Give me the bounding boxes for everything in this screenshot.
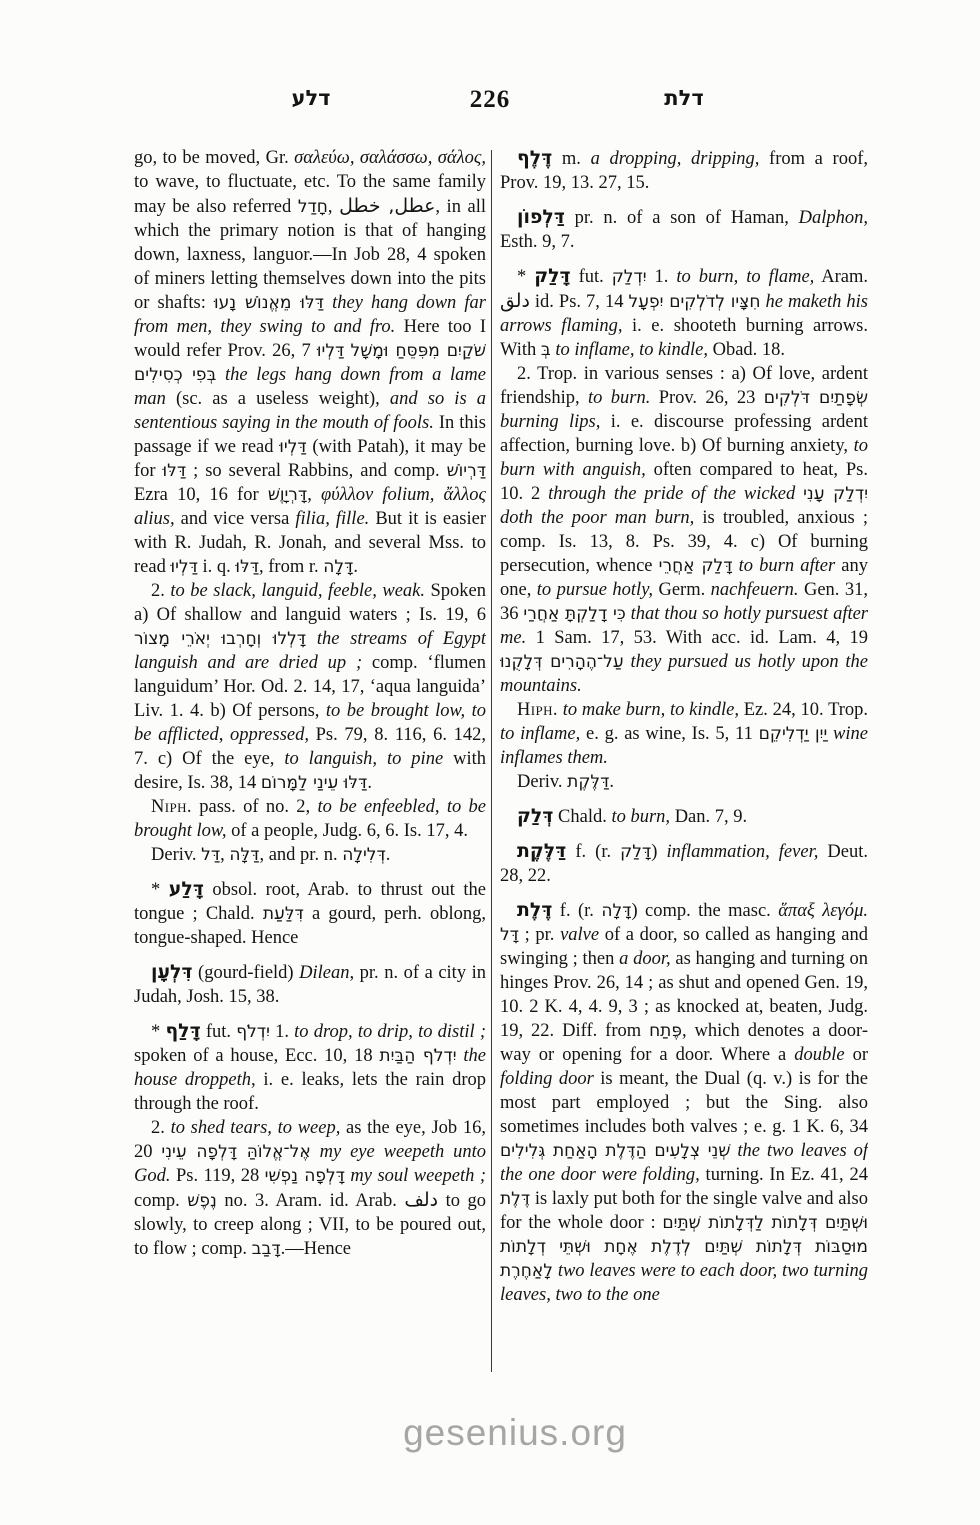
text-run: Ez. 24, 10. Trop. [739, 700, 868, 720]
hebrew-text: דַּלּוּ [163, 461, 187, 481]
hebrew-headword: דַּלְפוֹן [517, 206, 565, 228]
text-run: 1 Sam. 17, 53. With acc. id. Lam. 4, 19 [526, 628, 868, 648]
smallcaps-label: Hiph. [517, 700, 558, 720]
text-run: go, to be moved, Gr. [134, 148, 294, 168]
right-catchword-hebrew: דלת [500, 86, 868, 110]
text-run: Dan. 7, 9. [670, 807, 747, 827]
text-run: id. Ps. 7, 14 [530, 292, 629, 312]
hebrew-text: דָּלַק [620, 842, 651, 862]
hebrew-headword: דִּלְעָן [151, 961, 193, 983]
hebrew-text: פֶּתַח [649, 1021, 682, 1041]
hebrew-text: יַיִן יַדְלִיקֵם [759, 724, 828, 744]
entry-paragraph: 2. to be slack, languid, feeble, weak. S… [134, 579, 486, 795]
italic-text: to shed tears, to weep, [171, 1118, 341, 1138]
entry-paragraph: 2. to shed tears, to weep, as the eye, J… [134, 1116, 486, 1261]
hebrew-text: דָּל [500, 925, 519, 945]
entry-paragraph: Deriv. דַּל, דַּלָּה, and pr. n. דְּלִיל… [134, 843, 486, 867]
text-run: comp. [134, 1191, 187, 1211]
column-divider-rule [491, 150, 492, 1372]
hebrew-text: יִדְלַק עָנִי [803, 484, 868, 504]
text-run: Germ. [653, 580, 711, 600]
italic-text: to make burn, to kindle, [563, 700, 739, 720]
text-run: , from r. [259, 557, 323, 577]
text-run: Aram. [814, 267, 868, 287]
hebrew-text: דָּלְפָה נַפְשִׁי [265, 1166, 345, 1186]
entry-paragraph: דַּלֶּקֶת f. (r. דָּלַק) inflammation, f… [500, 839, 868, 888]
text-run: m. [552, 149, 590, 169]
hebrew-text: חִצָּיו לְדֹלְקִים יִפְעָל [628, 292, 760, 312]
text-run: Deriv. [151, 845, 201, 865]
text-run: spoken of a house, Ecc. 10, 18 [134, 1046, 379, 1066]
right-text-column: דֶּלֶף m. a dropping, dripping, from a r… [500, 146, 868, 1384]
text-run: 2. [151, 1118, 171, 1138]
entry-paragraph: דֶּלֶף m. a dropping, dripping, from a r… [500, 146, 868, 195]
text-run: (gourd-field) [193, 963, 300, 983]
text-run: Obad. 18. [708, 340, 785, 360]
hebrew-text: יִדְלֹף הַבַּיִת [379, 1046, 456, 1066]
italic-text: to burn after [739, 556, 836, 576]
italic-text: to inflame, to kindle, [555, 340, 708, 360]
text-run [311, 1142, 320, 1162]
italic-text: inflammation, fever, [666, 842, 818, 862]
text-run: 1. [270, 1022, 294, 1042]
hebrew-headword: דָּלַף [165, 1020, 200, 1042]
italic-text: a dropping, dripping, [591, 149, 760, 169]
text-run: 2. [151, 581, 170, 601]
text-run: ; so several Rabbins, and comp. [186, 461, 446, 481]
italic-text: doth the poor man burn, [500, 508, 694, 528]
hebrew-text: יִדְלַק [612, 267, 647, 287]
text-run [216, 365, 225, 385]
text-run: (sc. as a useless weight), [166, 389, 390, 409]
italic-text: valve [560, 925, 599, 945]
text-run: no. 3. Aram. id. Arab. [217, 1191, 405, 1211]
greek-text: ἅπαξ λεγόμ. [778, 901, 868, 921]
text-run: pass. of no. 2, [192, 797, 318, 817]
hebrew-text: דָּבַב [252, 1239, 281, 1259]
italic-text: nachfeuern. [711, 580, 799, 600]
text-run: e. g. as wine, Is. 5, 11 [580, 724, 758, 744]
entry-paragraph: * דָּלַק fut. יִדְלַק 1. to burn, to fla… [500, 264, 868, 362]
entry-paragraph: * דָּלַף fut. יִדְלֹף 1. to drop, to dri… [134, 1019, 486, 1116]
text-run [324, 293, 332, 313]
hebrew-text: אֶל־אֱלוֹהַּ דָּלְפָה עֵינִי [161, 1142, 310, 1162]
text-run: ) comp. the masc. [631, 901, 778, 921]
hebrew-text: דַּרְיוֹשׁ [447, 461, 486, 481]
italic-text: to burn, [611, 807, 670, 827]
italic-text: to burn. [588, 388, 650, 408]
italic-text: a door, [619, 949, 671, 969]
text-run: fut. [571, 267, 612, 287]
text-run: and vice versa [175, 509, 296, 529]
text-run: or [845, 1045, 868, 1065]
italic-text: to burn, to flame, [676, 267, 814, 287]
hebrew-text: עַל־הֶהָרִים דְּלָקֻנוּ [500, 652, 624, 672]
watermark-text: gesenius.org [0, 1412, 980, 1454]
hebrew-text: דַּלֶּקֶת [567, 772, 609, 792]
italic-text: through the pride of the wicked [548, 484, 795, 504]
hebrew-text: דֶּלֶת [500, 1189, 530, 1209]
text-run: Prov. 26, 23 [650, 388, 763, 408]
italic-text: burning lips, [500, 412, 600, 432]
entry-paragraph: Deriv. דַּלֶּקֶת. [500, 770, 868, 794]
entry-paragraph: Niph. pass. of no. 2, to be enfeebled, t… [134, 795, 486, 843]
greek-text: ἄλλος [434, 485, 486, 505]
entry-paragraph: 2. Trop. in various senses : a) Of love,… [500, 362, 868, 698]
text-run: . [367, 773, 372, 793]
text-run: Ps. 119, 28 [171, 1166, 265, 1186]
hebrew-headword: דַּלֶּקֶת [517, 840, 566, 862]
hebrew-headword: דֶּלֶת [517, 899, 552, 921]
hebrew-text: חָדַל [298, 197, 328, 217]
text-run: Esth. 9, 7. [500, 232, 575, 252]
italic-text: to languish, to pine [284, 749, 443, 769]
hebrew-text: יִדְלֹף [236, 1022, 270, 1042]
italic-text: to pursue hotly, [537, 580, 653, 600]
hebrew-headword: דְּלַק [517, 805, 553, 827]
hebrew-text: דַּלּוּ [235, 557, 259, 577]
text-run: Chald. [553, 807, 611, 827]
italic-text: Dilean, [299, 963, 354, 983]
page-header: דלע 226 דלת [0, 86, 980, 126]
hebrew-headword: דֶּלֶף [517, 147, 552, 169]
entry-paragraph: דַּלְפוֹן pr. n. of a son of Haman, Dalp… [500, 205, 868, 254]
hebrew-text: דַּלּוּ עֵינַי לַמָּרוֹם [261, 773, 367, 793]
entry-paragraph: Hiph. to make burn, to kindle, Ez. 24, 1… [500, 698, 868, 770]
italic-text: my soul weepeth ; [350, 1166, 486, 1186]
italic-text: filia, fille. [295, 509, 369, 529]
hebrew-text: כִּי דָלַקְתָּ אַחֲרַי [523, 604, 625, 624]
text-run: * [517, 267, 534, 287]
greek-text: φύλλον [321, 485, 373, 505]
entry-paragraph: דֶּלֶת f. (r. דָּלָה) comp. the masc. ἅπ… [500, 898, 868, 1307]
entry-paragraph: דְּלַק Chald. to burn, Dan. 7, 9. [500, 804, 868, 829]
hebrew-text: דַּלְיוּ [279, 437, 306, 457]
text-run: .—Hence [281, 1239, 351, 1259]
hebrew-text: דָּלָה [601, 901, 631, 921]
text-run: , and pr. n. [259, 845, 342, 865]
hebrew-text: דִּלַּעַת [263, 904, 304, 924]
hebrew-text: דַּלּוּ מֵאֱנוֹשׁ נָעוּ [214, 293, 324, 313]
text-run: . [609, 772, 614, 792]
text-run: , [307, 485, 321, 505]
entry-paragraph: * דָּלַע obsol. root, Arab. to thrust ou… [134, 877, 486, 950]
text-run: 1. [647, 267, 677, 287]
text-run: f. (r. [566, 842, 620, 862]
text-run: pr. n. of a son of Haman, [565, 208, 799, 228]
hebrew-text: דַּלְיוּ [170, 557, 197, 577]
smallcaps-label: Niph. [151, 797, 192, 817]
italic-text: folding door [500, 1069, 594, 1089]
text-run: fut. [201, 1022, 237, 1042]
left-text-column: go, to be moved, Gr. σαλεύω, σαλάσσω, σά… [134, 146, 486, 1384]
greek-text: σαλεύω, σαλάσσω, σάλος, [294, 148, 486, 168]
text-run: , [328, 197, 339, 217]
hebrew-text: נֶפֶשׁ [187, 1191, 217, 1211]
italic-text: Dalphon, [799, 208, 868, 228]
italic-text: folium, [373, 485, 434, 505]
hebrew-headword: דָּלַע [169, 878, 204, 900]
text-run: . [353, 557, 358, 577]
text-run: turning. In Ez. 41, 24 [700, 1165, 868, 1185]
scanned-lexicon-page: דלע 226 דלת go, to be moved, Gr. σαλεύω,… [0, 0, 980, 1525]
hebrew-text: דָּלְלוּ וְחָרְבוּ יְאֹרֵי מָצוֹר [134, 629, 306, 649]
italic-text: alius, [134, 509, 175, 529]
text-run: Deriv. [517, 772, 567, 792]
hebrew-text: בְּ [541, 340, 551, 360]
hebrew-headword: דָּלַק [534, 265, 570, 287]
text-run: Ezra 10, 16 for [134, 485, 268, 505]
text-run: . [386, 845, 391, 865]
text-run: ) [651, 842, 666, 862]
hebrew-text: דְּלִילָה [342, 845, 386, 865]
arabic-text: دلف [404, 1189, 438, 1211]
hebrew-text: דַּלָּה [229, 845, 259, 865]
text-run: of a people, Judg. 6, 6. Is. 17, 4. [227, 821, 469, 841]
text-run: i. q. [198, 557, 236, 577]
text-run: f. (r. [552, 901, 601, 921]
italic-text: to inflame, [500, 724, 580, 744]
entry-paragraph: דִּלְעָן (gourd-field) Dilean, pr. n. of… [134, 960, 486, 1009]
text-run: , [220, 845, 229, 865]
italic-text: to drop, to drip, to distil ; [294, 1022, 486, 1042]
text-run: * [151, 880, 169, 900]
text-run [306, 629, 317, 649]
hebrew-text: דָּלַק אַחֲרֵי [659, 556, 733, 576]
text-run [795, 484, 803, 504]
hebrew-text: שְׁנֵי צְלָעִים הַדֶּלֶת הָאַחַת גְּלִיל… [500, 1141, 730, 1161]
hebrew-text: דַּל [201, 845, 220, 865]
arabic-text: دلق [500, 290, 530, 312]
hebrew-text: שְׂפָתַיִם דֹּלְקִים [764, 388, 868, 408]
text-run: * [151, 1022, 165, 1042]
italic-text: to be slack, languid, feeble, weak. [170, 581, 425, 601]
hebrew-text: דָּרְיָוֶשׁ [268, 485, 307, 505]
entry-paragraph: go, to be moved, Gr. σαλεύω, σαλάσσω, σά… [134, 146, 486, 579]
text-run: ; pr. [519, 925, 560, 945]
italic-text: double [794, 1045, 844, 1065]
hebrew-text: דָּלָה [323, 557, 353, 577]
arabic-text: عطل, خطل [339, 195, 435, 217]
hebrew-text: דַּלְיוּ [317, 341, 344, 361]
